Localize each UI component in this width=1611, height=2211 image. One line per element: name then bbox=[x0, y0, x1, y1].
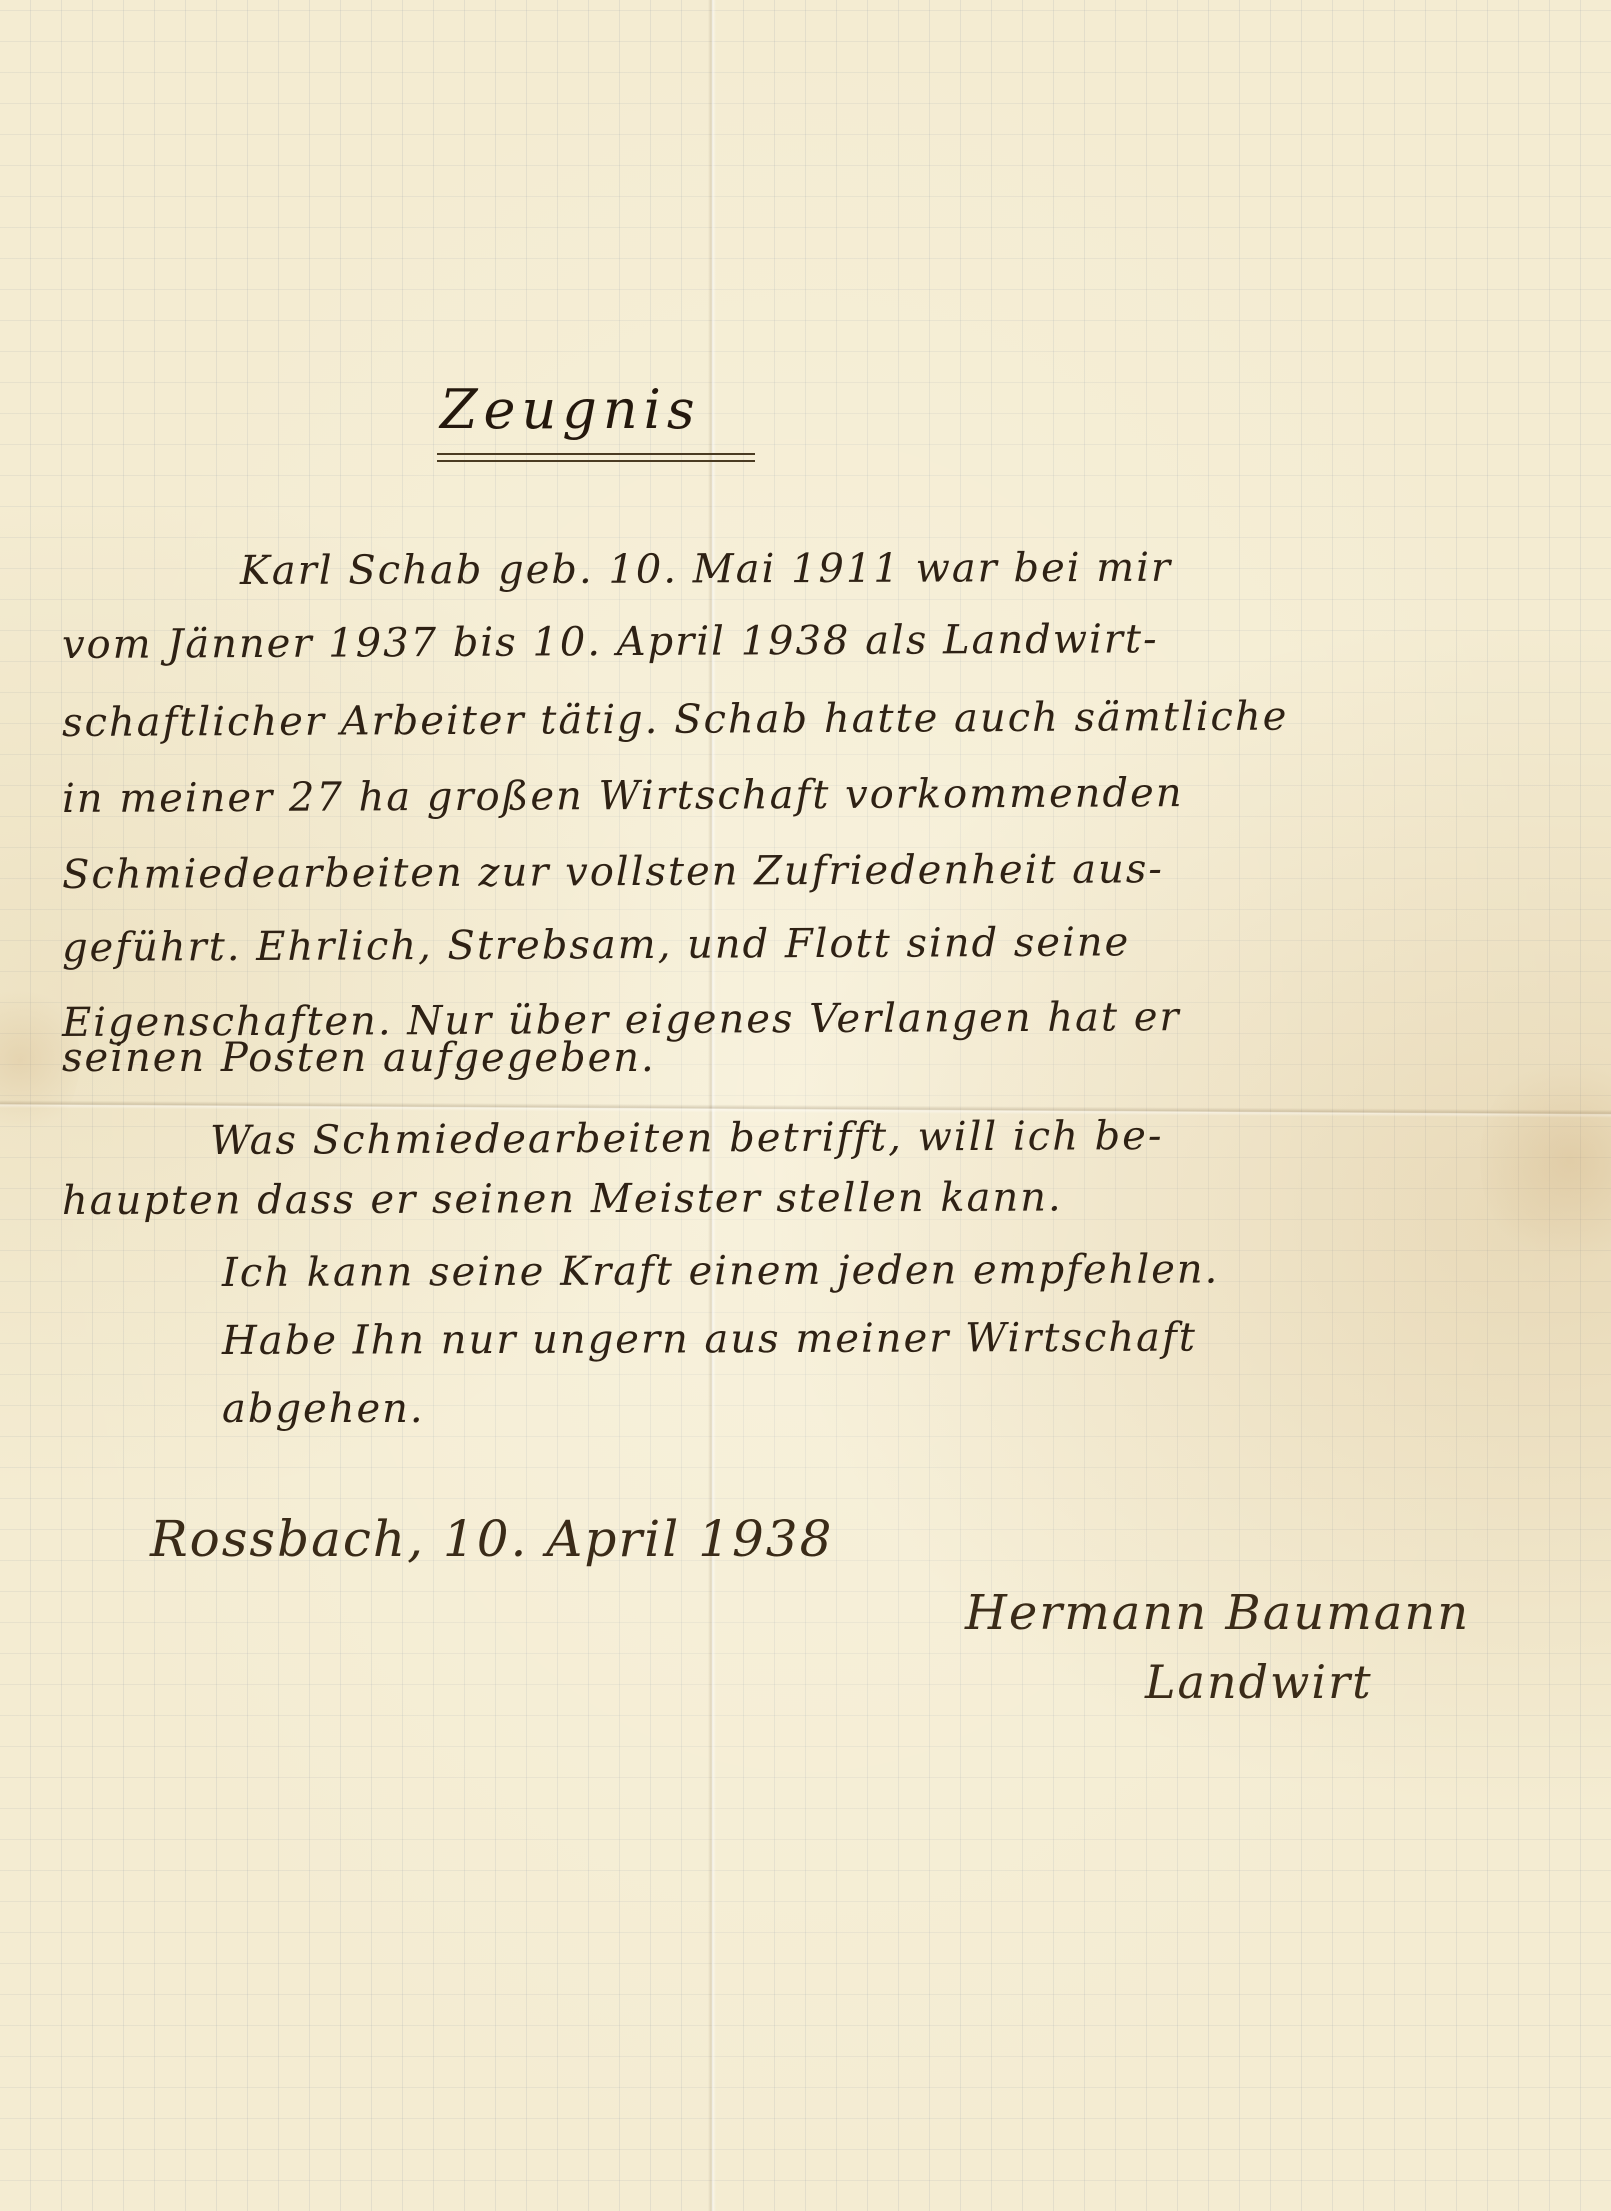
body-line-4: in meiner 27 ha großen Wirtschaft vorkom… bbox=[62, 770, 1184, 822]
signature-role: Landwirt bbox=[1145, 1655, 1373, 1709]
title-underline bbox=[437, 453, 755, 462]
document-title: Zeugnis bbox=[440, 378, 701, 441]
document-page: Zeugnis Karl Schab geb. 10. Mai 1911 war… bbox=[0, 0, 1611, 2211]
body-line-3: schaftlicher Arbeiter tätig. Schab hatte… bbox=[62, 694, 1289, 746]
body-line-9: Was Schmiedearbeiten betrifft, will ich … bbox=[210, 1113, 1164, 1164]
body-line-12: Habe Ihn nur ungern aus meiner Wirtschaf… bbox=[222, 1315, 1197, 1364]
body-line-8: seinen Posten aufgegeben. bbox=[62, 1035, 656, 1081]
body-line-2: vom Jänner 1937 bis 10. April 1938 als L… bbox=[62, 616, 1159, 668]
body-line-13: abgehen. bbox=[222, 1386, 425, 1432]
body-line-6: geführt. Ehrlich, Strebsam, und Flott si… bbox=[62, 919, 1130, 971]
paper-stain bbox=[1480, 1050, 1611, 1270]
body-line-10: haupten dass er seinen Meister stellen k… bbox=[62, 1175, 1063, 1224]
signature-name: Hermann Baumann bbox=[965, 1585, 1470, 1641]
body-line-5: Schmiedearbeiten zur vollsten Zufriedenh… bbox=[62, 846, 1164, 898]
body-line-11: Ich kann seine Kraft einem jeden empfehl… bbox=[222, 1247, 1220, 1296]
place-and-date: Rossbach, 10. April 1938 bbox=[150, 1510, 833, 1568]
body-line-1: Karl Schab geb. 10. Mai 1911 war bei mir bbox=[240, 545, 1172, 594]
